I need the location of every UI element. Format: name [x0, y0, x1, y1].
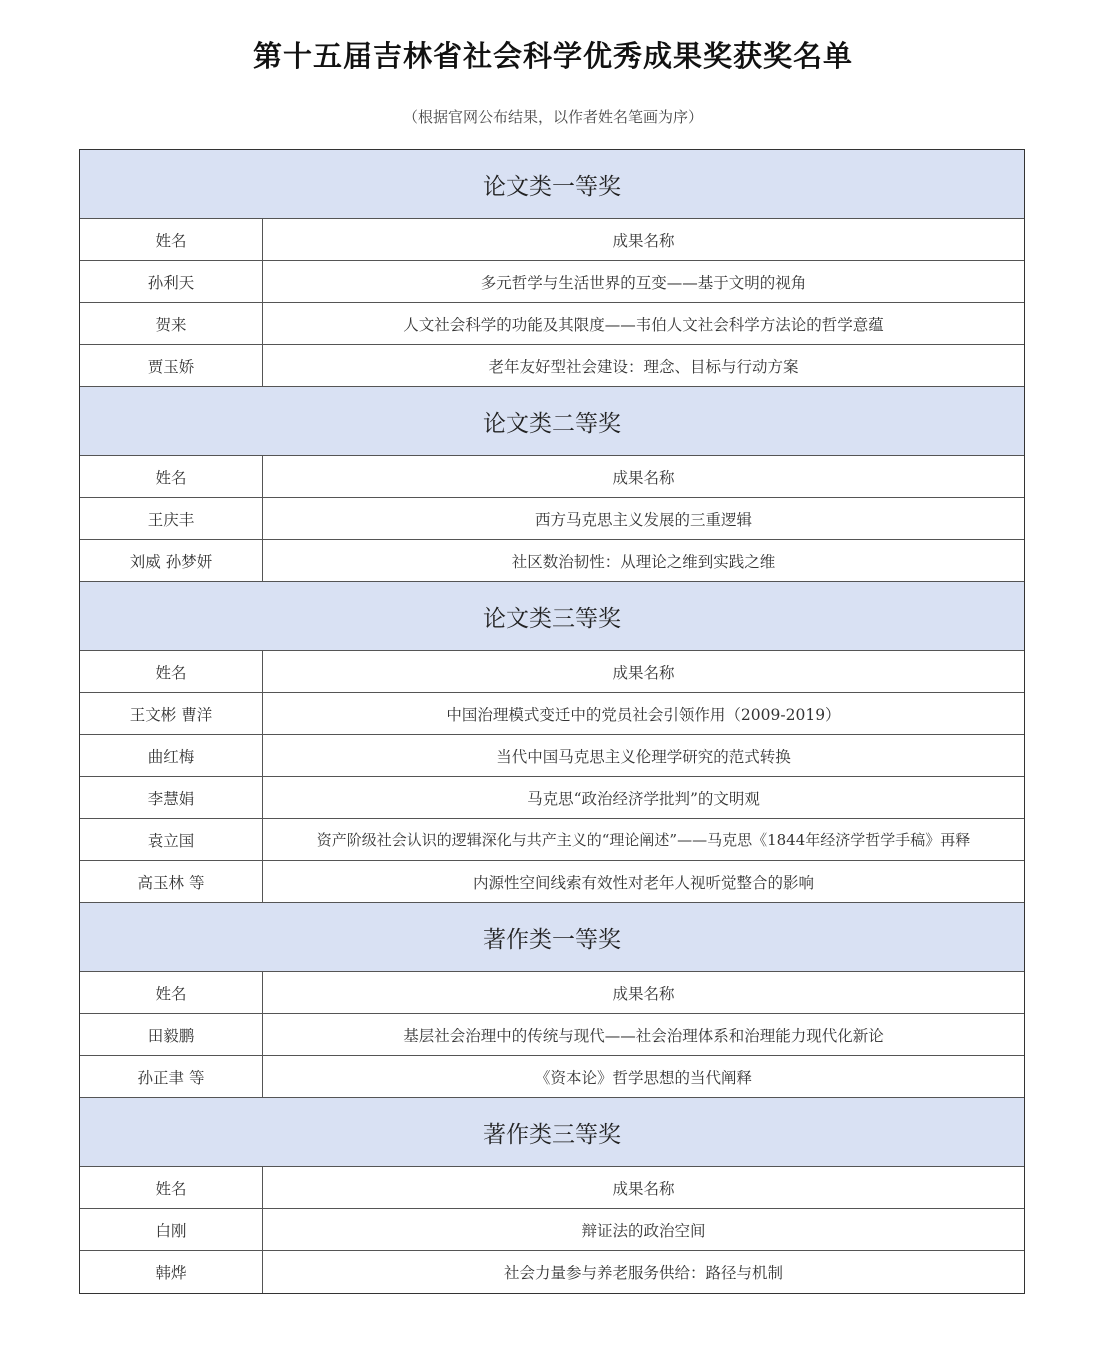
table-header-row: 姓名 成果名称 [80, 1167, 1024, 1209]
table-row: 李慧娟 马克思“政治经济学批判”的文明观 [80, 777, 1024, 819]
table-header-row: 姓名 成果名称 [80, 456, 1024, 498]
section-heading: 论文类二等奖 [80, 387, 1024, 456]
author-name: 王文彬 曹洋 [80, 693, 263, 734]
table-header-row: 姓名 成果名称 [80, 219, 1024, 261]
work-title: 基层社会治理中的传统与现代——社会治理体系和治理能力现代化新论 [263, 1014, 1024, 1055]
author-name: 李慧娟 [80, 777, 263, 818]
work-title: 马克思“政治经济学批判”的文明观 [263, 777, 1024, 818]
work-title: 社区数治韧性：从理论之维到实践之维 [263, 540, 1024, 581]
work-title: 辩证法的政治空间 [263, 1209, 1024, 1250]
table-header-row: 姓名 成果名称 [80, 972, 1024, 1014]
page-title: 第十五届吉林省社会科学优秀成果奖获奖名单 [0, 34, 1106, 75]
column-header-name: 姓名 [80, 972, 263, 1013]
column-header-name: 姓名 [80, 651, 263, 692]
author-name: 贺来 [80, 303, 263, 344]
page-subtitle: （根据官网公布结果，以作者姓名笔画为序） [0, 106, 1106, 127]
table-row: 曲红梅 当代中国马克思主义伦理学研究的范式转换 [80, 735, 1024, 777]
table-row: 袁立国 资产阶级社会认识的逻辑深化与共产主义的“理论阐述”——马克思《1844年… [80, 819, 1024, 861]
section-heading: 著作类一等奖 [80, 903, 1024, 972]
table-row: 王文彬 曹洋 中国治理模式变迁中的党员社会引领作用（2009-2019） [80, 693, 1024, 735]
column-header-work: 成果名称 [263, 219, 1024, 260]
author-name: 田毅鹏 [80, 1014, 263, 1055]
work-title: 西方马克思主义发展的三重逻辑 [263, 498, 1024, 539]
section-heading: 论文类三等奖 [80, 582, 1024, 651]
column-header-work: 成果名称 [263, 456, 1024, 497]
table-row: 高玉林 等 内源性空间线索有效性对老年人视听觉整合的影响 [80, 861, 1024, 903]
work-title: 人文社会科学的功能及其限度——韦伯人文社会科学方法论的哲学意蕴 [263, 303, 1024, 344]
work-title: 社会力量参与养老服务供给：路径与机制 [263, 1251, 1024, 1293]
column-header-name: 姓名 [80, 456, 263, 497]
author-name: 孙利天 [80, 261, 263, 302]
column-header-name: 姓名 [80, 1167, 263, 1208]
work-title: 当代中国马克思主义伦理学研究的范式转换 [263, 735, 1024, 776]
author-name: 王庆丰 [80, 498, 263, 539]
author-name: 刘威 孙梦妍 [80, 540, 263, 581]
author-name: 白刚 [80, 1209, 263, 1250]
work-title: 内源性空间线索有效性对老年人视听觉整合的影响 [263, 861, 1024, 902]
table-row: 田毅鹏 基层社会治理中的传统与现代——社会治理体系和治理能力现代化新论 [80, 1014, 1024, 1056]
work-title: 多元哲学与生活世界的互变——基于文明的视角 [263, 261, 1024, 302]
table-row: 孙利天 多元哲学与生活世界的互变——基于文明的视角 [80, 261, 1024, 303]
table-row: 王庆丰 西方马克思主义发展的三重逻辑 [80, 498, 1024, 540]
author-name: 韩烨 [80, 1251, 263, 1293]
author-name: 高玉林 等 [80, 861, 263, 902]
table-header-row: 姓名 成果名称 [80, 651, 1024, 693]
table-row: 贾玉娇 老年友好型社会建设：理念、目标与行动方案 [80, 345, 1024, 387]
column-header-work: 成果名称 [263, 1167, 1024, 1208]
awards-table: 论文类一等奖 姓名 成果名称 孙利天 多元哲学与生活世界的互变——基于文明的视角… [79, 149, 1025, 1294]
section-heading: 论文类一等奖 [80, 150, 1024, 219]
column-header-work: 成果名称 [263, 651, 1024, 692]
column-header-work: 成果名称 [263, 972, 1024, 1013]
work-title: 中国治理模式变迁中的党员社会引领作用（2009-2019） [263, 693, 1024, 734]
table-row: 韩烨 社会力量参与养老服务供给：路径与机制 [80, 1251, 1024, 1293]
table-row: 孙正聿 等 《资本论》哲学思想的当代阐释 [80, 1056, 1024, 1098]
table-row: 贺来 人文社会科学的功能及其限度——韦伯人文社会科学方法论的哲学意蕴 [80, 303, 1024, 345]
author-name: 贾玉娇 [80, 345, 263, 386]
work-title: 《资本论》哲学思想的当代阐释 [263, 1056, 1024, 1097]
column-header-name: 姓名 [80, 219, 263, 260]
table-row: 刘威 孙梦妍 社区数治韧性：从理论之维到实践之维 [80, 540, 1024, 582]
author-name: 孙正聿 等 [80, 1056, 263, 1097]
table-row: 白刚 辩证法的政治空间 [80, 1209, 1024, 1251]
author-name: 曲红梅 [80, 735, 263, 776]
work-title: 资产阶级社会认识的逻辑深化与共产主义的“理论阐述”——马克思《1844年经济学哲… [263, 819, 1024, 860]
work-title: 老年友好型社会建设：理念、目标与行动方案 [263, 345, 1024, 386]
section-heading: 著作类三等奖 [80, 1098, 1024, 1167]
author-name: 袁立国 [80, 819, 263, 860]
